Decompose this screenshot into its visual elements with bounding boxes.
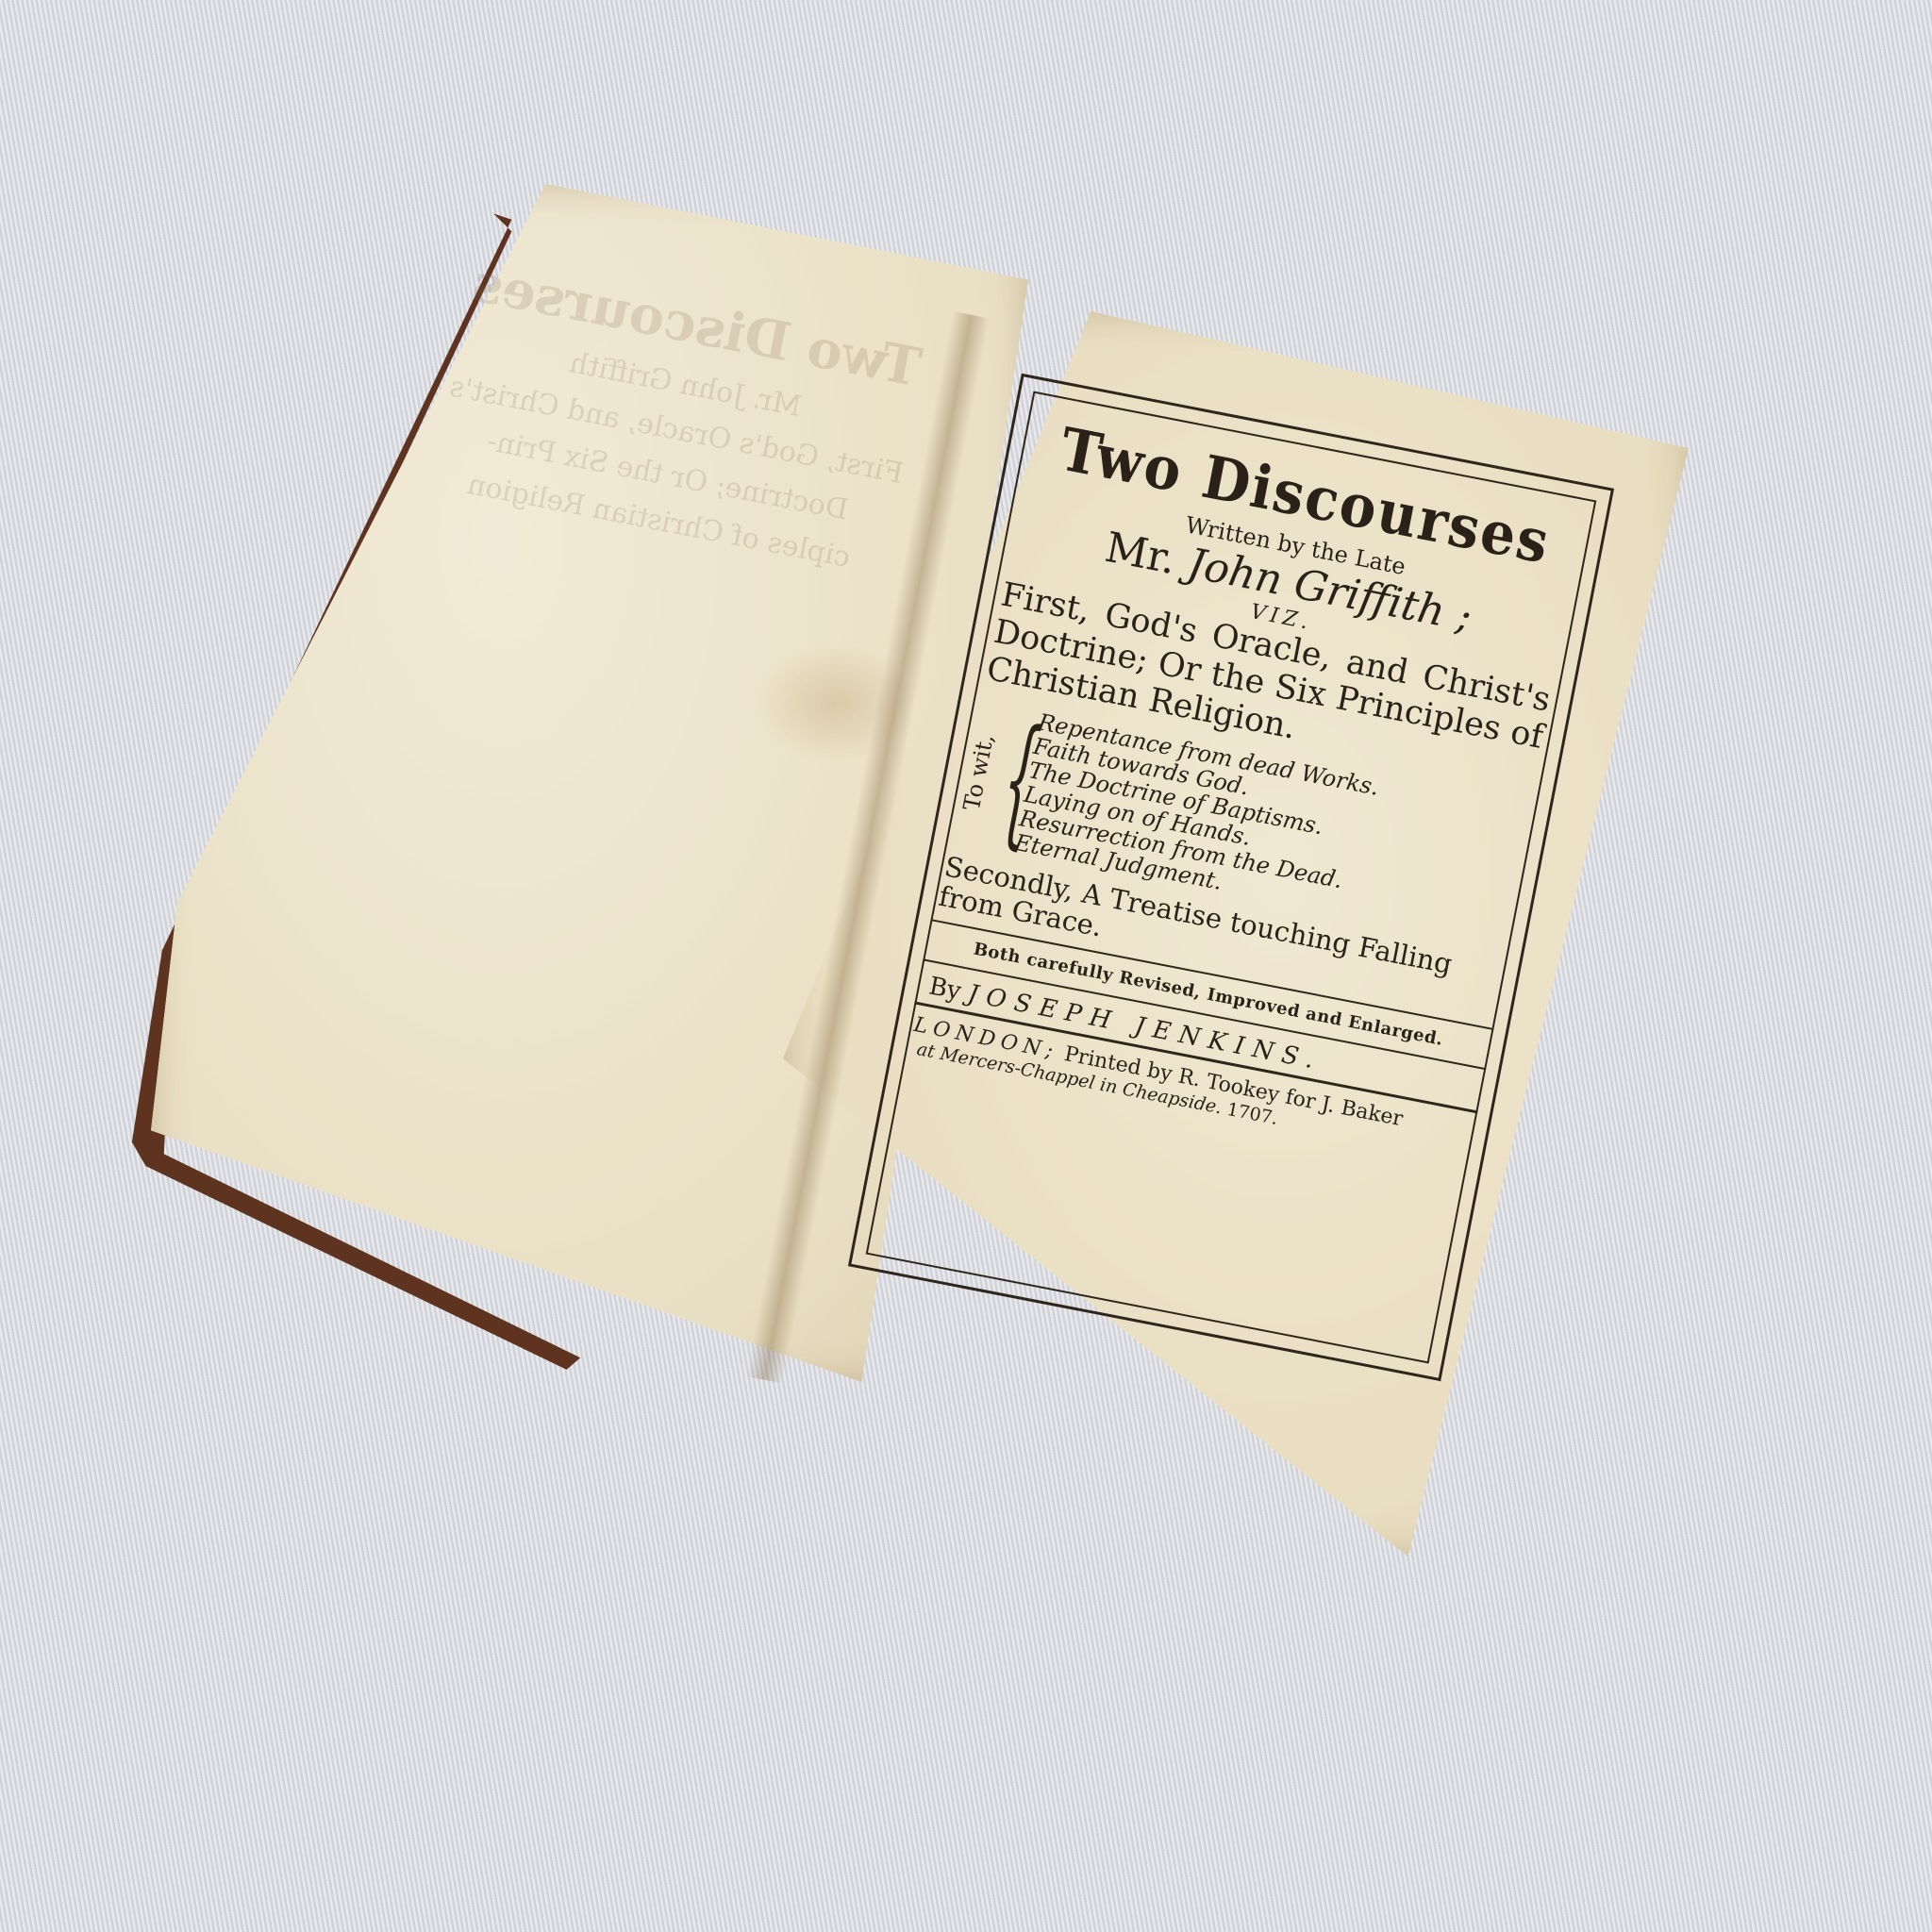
photo-scene: Two Discourses Mr. John Griffith First, … (0, 0, 1932, 1932)
by-prefix: By (926, 972, 963, 1006)
brace-glyph: { (992, 708, 1026, 849)
